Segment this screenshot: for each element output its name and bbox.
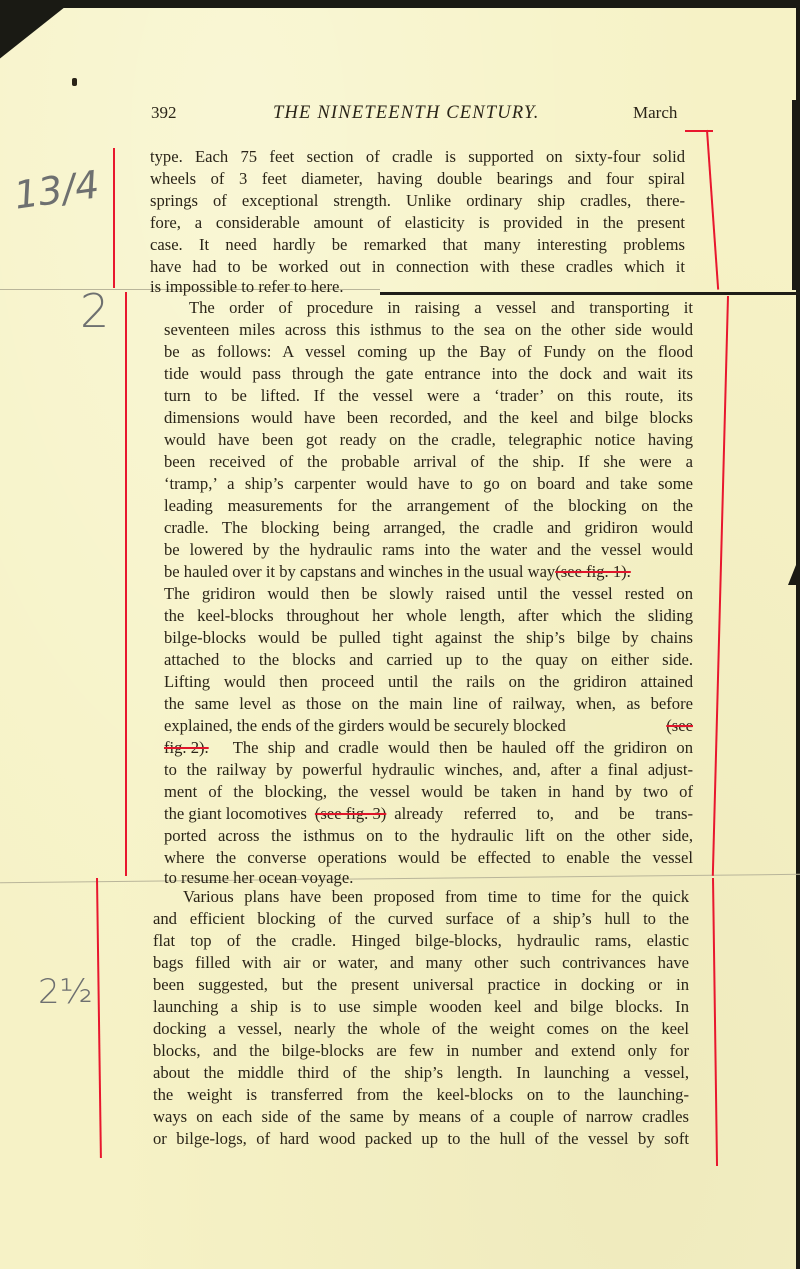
text-line: and efficient blocking of the curved sur… (153, 909, 689, 929)
ink-speck (72, 78, 77, 86)
text-line: docking a vessel, nearly the whole of th… (153, 1019, 689, 1039)
red-margin-line (125, 292, 127, 876)
paste-seam (380, 292, 800, 295)
text-line: bilge-blocks would be pulled tight again… (164, 628, 693, 648)
text-line: fig. 2).The ship and cradle would then b… (164, 738, 693, 758)
margin-note: 2 (80, 284, 109, 338)
struck-figure-reference: (see fig. 1). (555, 562, 631, 581)
red-tick-mark (685, 130, 713, 132)
text-line: the giant locomotives(see fig. 3)already… (164, 804, 693, 824)
struck-figure-reference: (see (666, 716, 693, 736)
text-line: have had to be worked out in connection … (150, 257, 685, 277)
text-line: case. It need hardly be remarked that ma… (150, 235, 685, 255)
text-line: The gridiron would then be slowly raised… (164, 584, 693, 604)
text-line: wheels of 3 feet diameter, having double… (150, 169, 685, 189)
torn-edge (792, 100, 800, 290)
text-line: to resume her ocean voyage. (164, 868, 353, 888)
text-line: where the converse operations would be e… (164, 848, 693, 868)
text-line: Various plans have been proposed from ti… (183, 887, 689, 907)
text-line: blocks, and the bilge-blocks are few in … (153, 1041, 689, 1061)
text-line: is impossible to refer to here. (150, 277, 344, 297)
text-line: leading measurements for the arrangement… (164, 496, 693, 516)
margin-note: 2½ (38, 972, 93, 1012)
page-number: 392 (151, 103, 177, 123)
text-line: the keel-blocks throughout her whole len… (164, 606, 693, 626)
text-line: ported across the isthmus on to the hydr… (164, 826, 693, 846)
text-line: flat top of the cradle. Hinged bilge-blo… (153, 931, 689, 951)
text-line: to the railway by powerful hydraulic win… (164, 760, 693, 780)
struck-figure-reference: (see fig. 3) (315, 804, 386, 824)
text-line: about the middle third of the ship’s len… (153, 1063, 689, 1083)
text-segment: be hauled over it by capstans and winche… (164, 562, 555, 581)
text-line: would have been got ready on the cradle,… (164, 430, 693, 450)
red-margin-line (113, 148, 115, 288)
text-line: fore, a considerable amount of elasticit… (150, 213, 685, 233)
text-line: the weight is transferred from the keel-… (153, 1085, 689, 1105)
text-line: been received of the probable arrival of… (164, 452, 693, 472)
text-line: be as follows: A vessel coming up the Ba… (164, 342, 693, 362)
text-line: be lowered by the hydraulic rams into th… (164, 540, 693, 560)
text-line: the same level as those on the main line… (164, 694, 693, 714)
text-line: cradle. The blocking being arranged, the… (164, 518, 693, 538)
text-segment: The ship and cradle would then be hauled… (233, 738, 693, 758)
text-line: be hauled over it by capstans and winche… (164, 562, 631, 582)
running-title: THE NINETEENTH CENTURY. (273, 103, 540, 124)
struck-figure-reference: fig. 2). (164, 738, 209, 758)
text-line: turn to be lifted. If the vessel were a … (164, 386, 693, 406)
issue-month: March (633, 103, 677, 123)
text-line: or bilge-logs, of hard wood packed up to… (153, 1129, 689, 1149)
text-segment: the giant locomotives (164, 804, 307, 824)
text-line: attached to the blocks and carried up to… (164, 650, 693, 670)
text-line: explained, the ends of the girders would… (164, 716, 693, 736)
text-line: type. Each 75 feet section of cradle is … (150, 147, 685, 167)
text-segment: already referred to, and be trans- (394, 804, 693, 824)
text-line: Lifting would then proceed until the rai… (164, 672, 693, 692)
text-line: springs of exceptional strength. Unlike … (150, 191, 685, 211)
running-header: 392 THE NINETEENTH CENTURY. March (0, 103, 800, 127)
text-line: dimensions would have been recorded, and… (164, 408, 693, 428)
text-line: ‘tramp,’ a ship’s carpenter would have t… (164, 474, 693, 494)
text-segment: explained, the ends of the girders would… (164, 716, 566, 736)
text-line: tide would pass through the gate entranc… (164, 364, 693, 384)
text-line: ways on each side of the same by means o… (153, 1107, 689, 1127)
text-line: seventeen miles across this isthmus to t… (164, 320, 693, 340)
text-line: bags filled with air or water, and many … (153, 953, 689, 973)
text-line: been suggested, but the present universa… (153, 975, 689, 995)
text-line: launching a ship is to use simple wooden… (153, 997, 689, 1017)
text-line: The order of procedure in raising a vess… (189, 298, 693, 318)
text-line: ment of the blocking, the vessel would b… (164, 782, 693, 802)
